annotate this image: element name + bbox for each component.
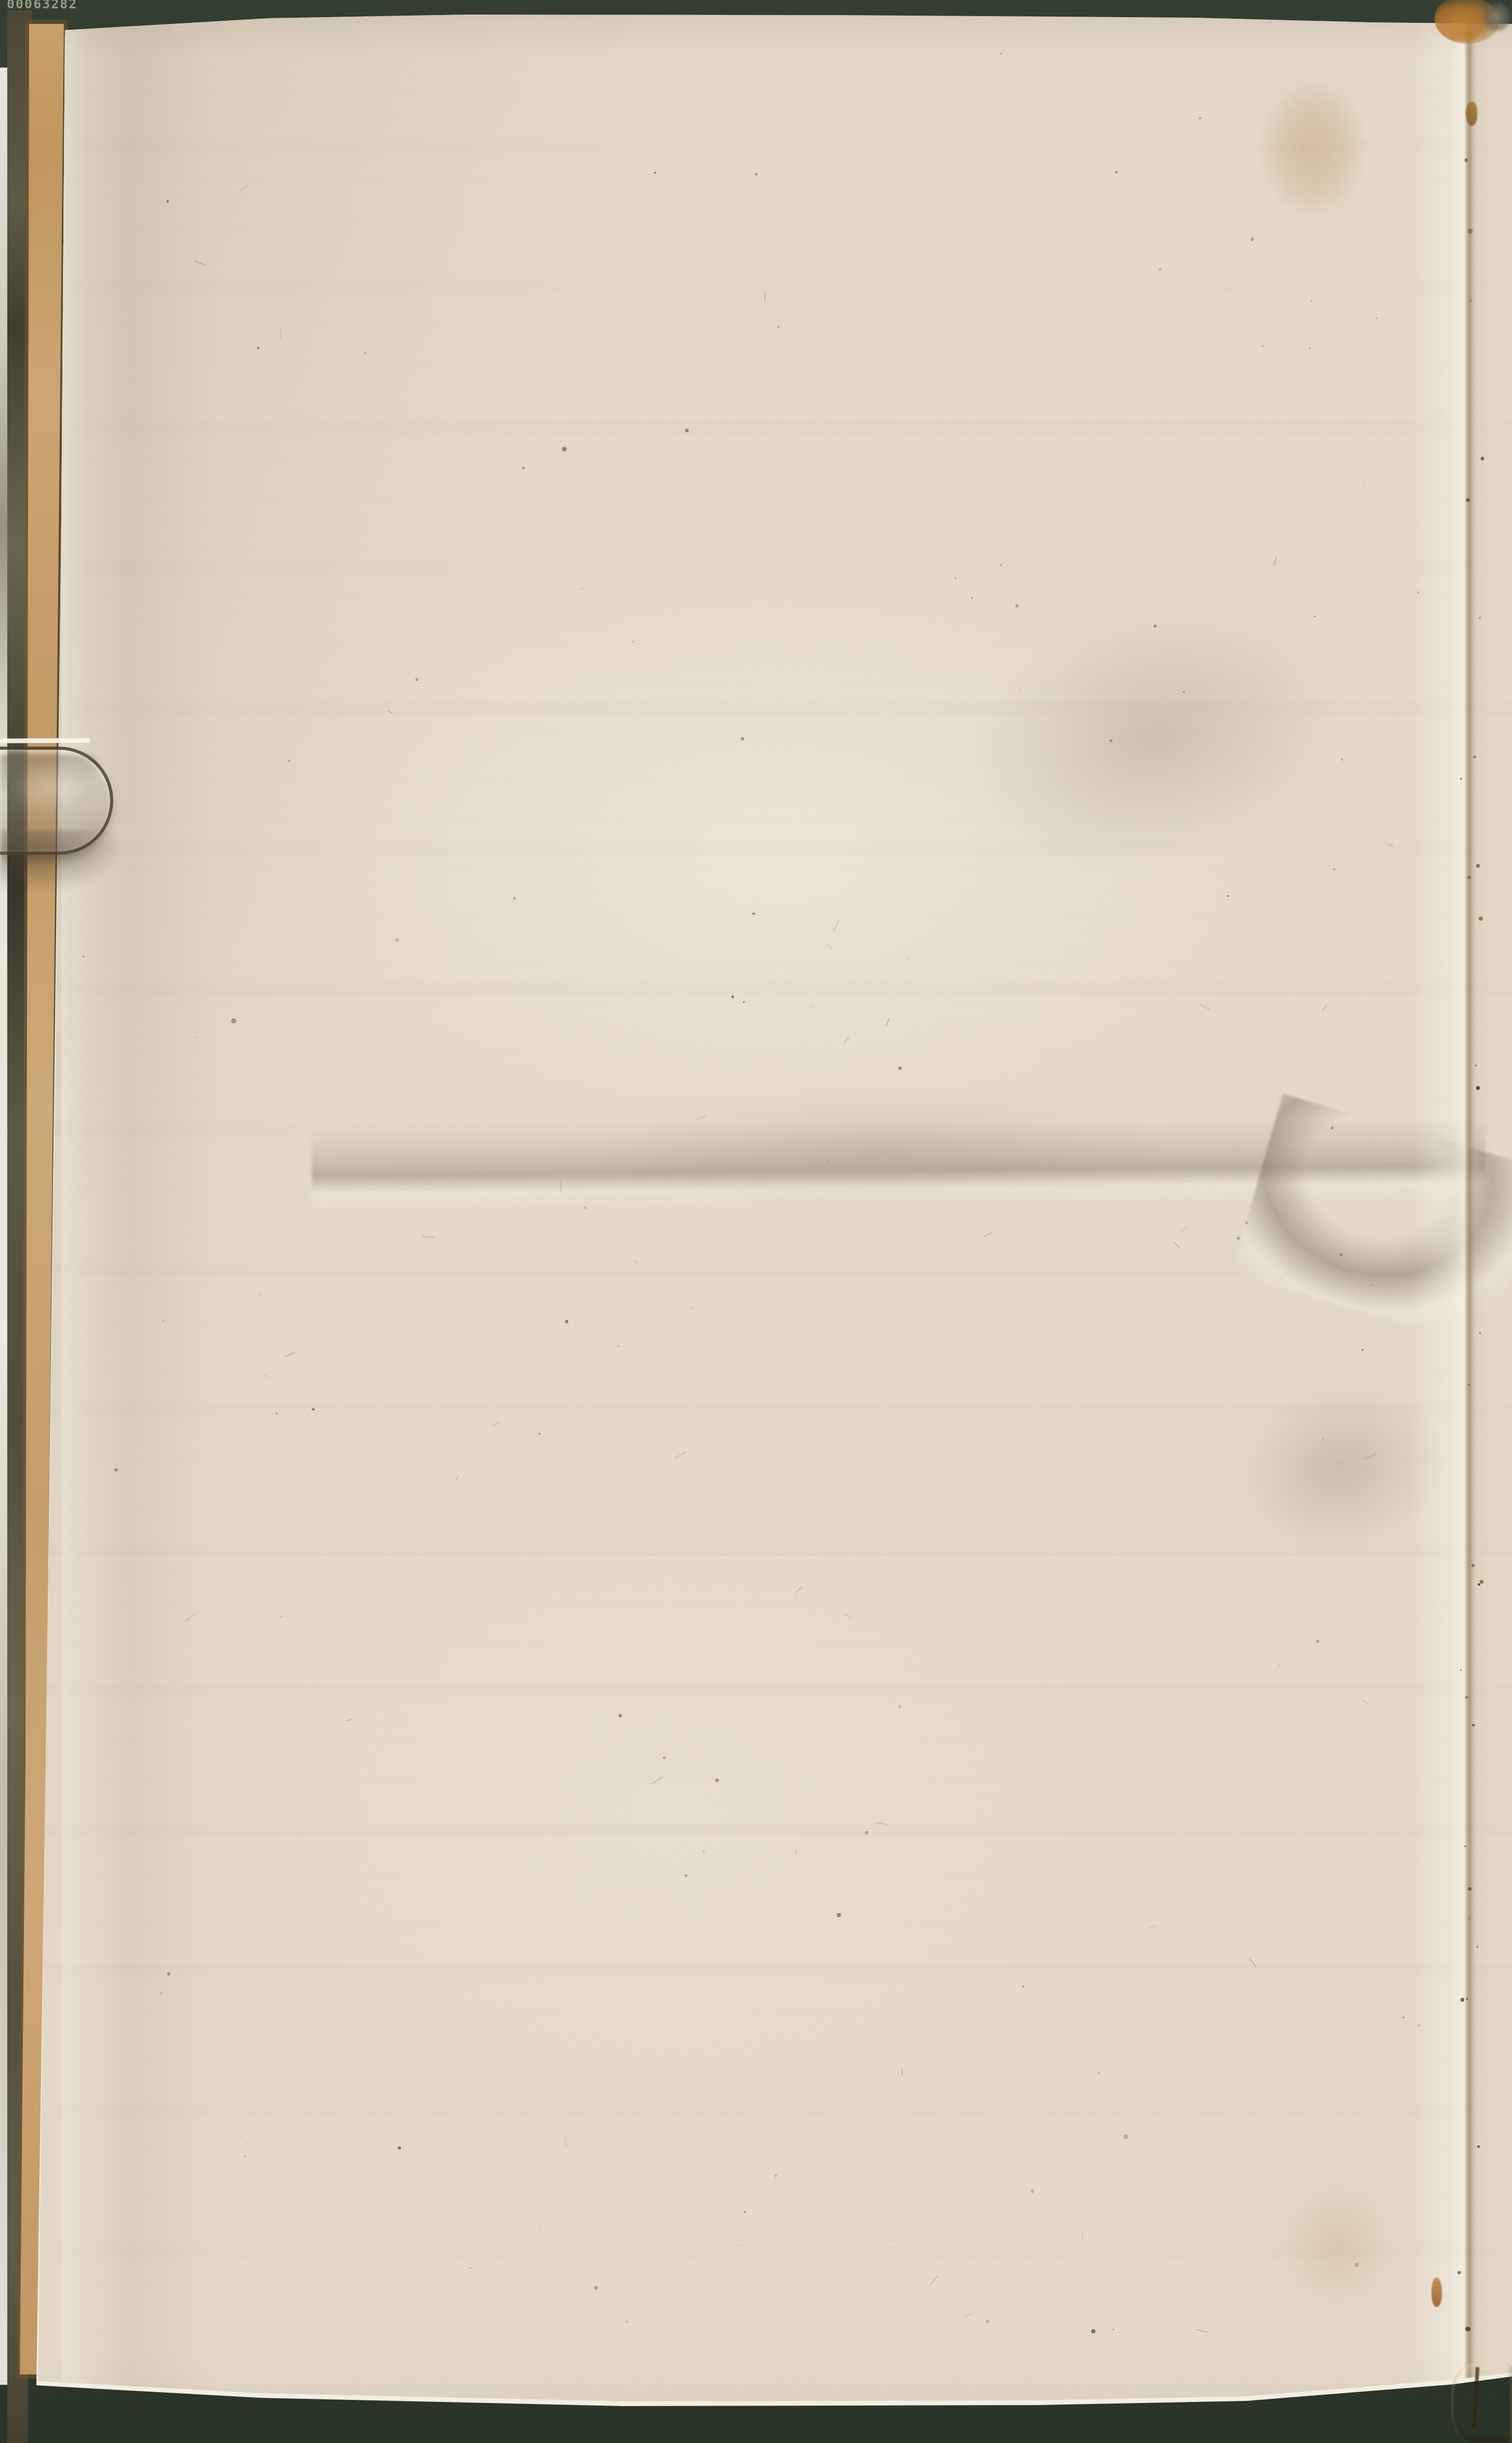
leather-spine-corner [1451, 2363, 1512, 2443]
clip-sheen [8, 763, 87, 813]
clip-highlight [0, 738, 90, 743]
scan-id-stamp: 00063282 [7, 0, 77, 11]
blank-page [0, 0, 1512, 2443]
paper-grain-texture [0, 0, 1512, 2443]
book-scan: 00063282 [0, 0, 1512, 2443]
edge-debris [1481, 1, 1512, 33]
